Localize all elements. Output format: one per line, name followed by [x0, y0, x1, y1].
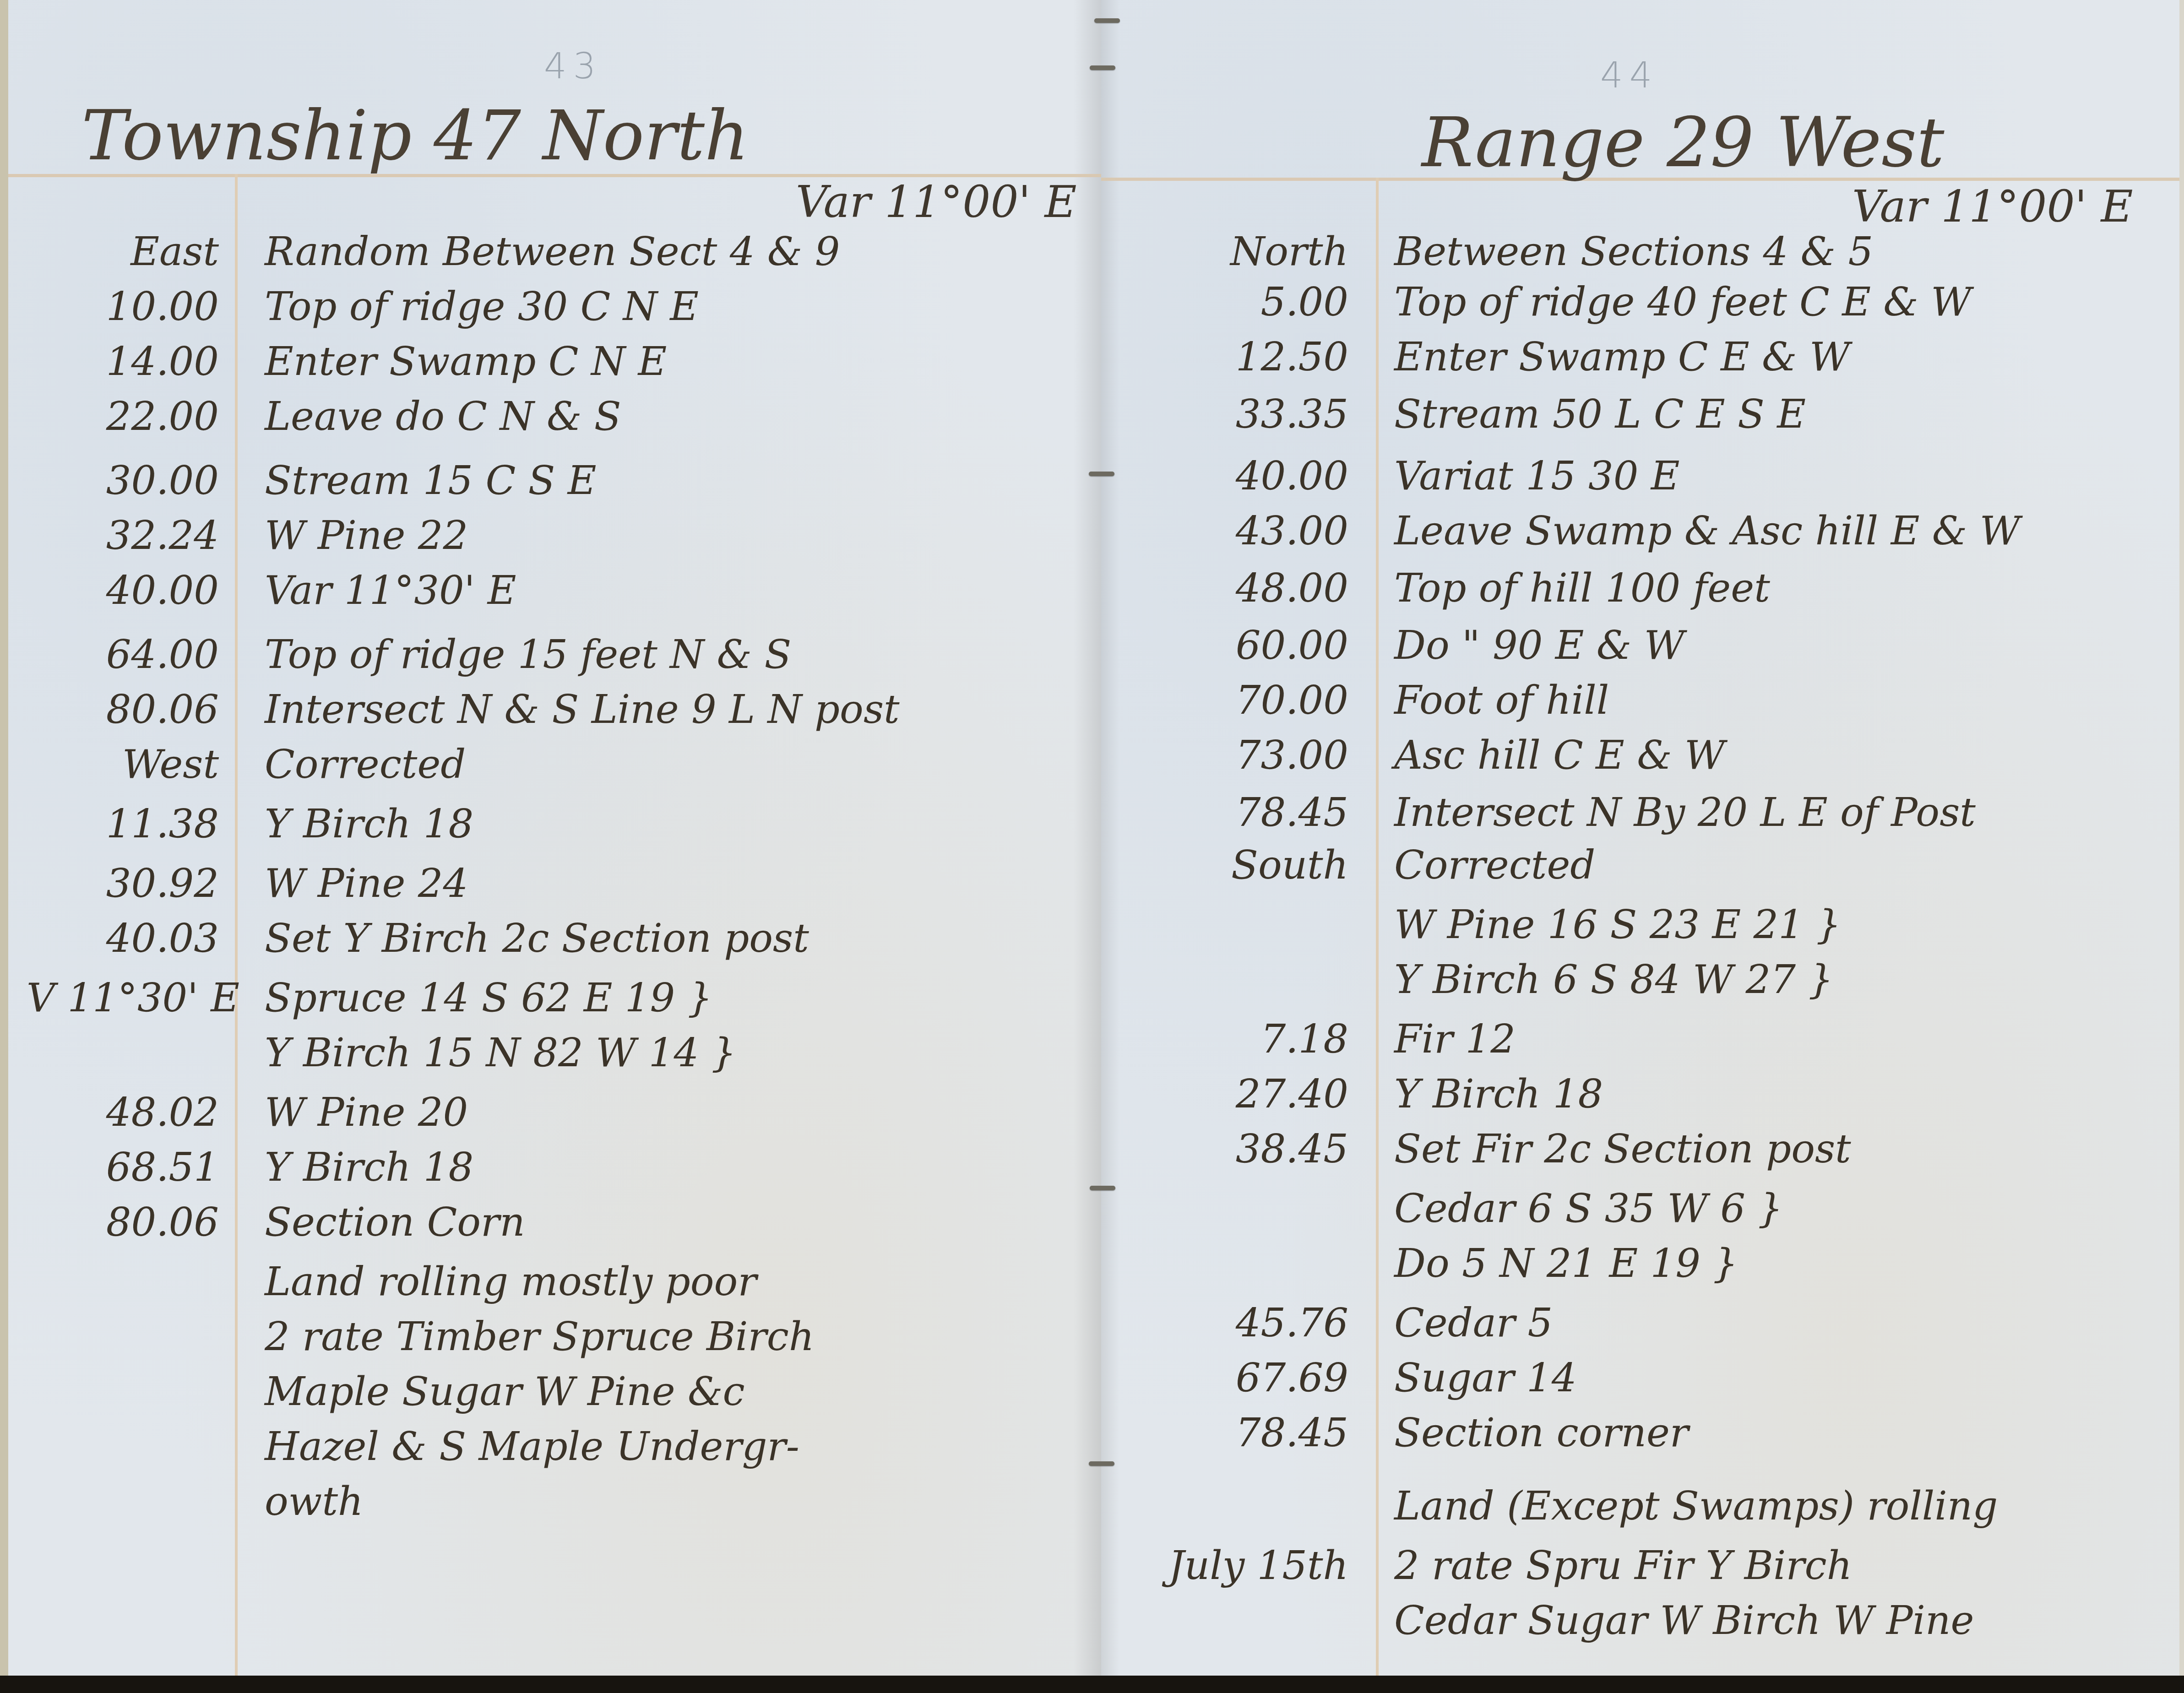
entry-distance: 14.00 — [27, 339, 219, 385]
entry-row: Do 5 N 21 E 19 } — [1101, 1241, 2179, 1296]
entry-row: Land (Except Swamps) rolling — [1101, 1483, 2179, 1538]
entry-distance: 5.00 — [1119, 279, 1348, 325]
entry-distance: 78.45 — [1119, 790, 1348, 836]
entry-note: Do " 90 E & W — [1394, 623, 1684, 668]
entry-note: Y Birch 6 S 84 W 27 } — [1394, 957, 1833, 1003]
entry-note: Enter Swamp C N E — [265, 339, 667, 385]
entry-note: Hazel & S Maple Undergr- — [265, 1424, 799, 1470]
entry-distance: V 11°30' E — [27, 975, 219, 1021]
entry-row: owth — [8, 1479, 1101, 1534]
entry-note: Fir 12 — [1394, 1016, 1516, 1062]
entry-note: Section Corn — [265, 1199, 525, 1245]
entry-row: 40.03Set Y Birch 2c Section post — [8, 916, 1101, 971]
entry-note: Cedar 6 S 35 W 6 } — [1394, 1186, 1783, 1232]
entry-note: Corrected — [1394, 842, 1595, 888]
entry-distance: 40.00 — [27, 568, 219, 613]
entry-distance: 60.00 — [1119, 623, 1348, 668]
entry-distance: July 15th — [1119, 1543, 1348, 1589]
entry-note: Sugar 14 — [1394, 1355, 1577, 1401]
entry-row: NorthBetween Sections 4 & 5 — [1101, 229, 2179, 284]
binding-stitch — [1094, 18, 1120, 23]
entry-note: Land (Except Swamps) rolling — [1394, 1483, 1998, 1529]
binding-stitch — [1089, 1461, 1114, 1466]
entry-row: 14.00Enter Swamp C N E — [8, 339, 1101, 394]
entry-note: Land rolling mostly poor — [265, 1259, 757, 1305]
binding-stitch — [1090, 65, 1115, 70]
binding-stitch — [1090, 1186, 1115, 1190]
entry-note: Foot of hill — [1394, 678, 1609, 723]
entry-distance: East — [27, 229, 219, 275]
entry-distance: 30.92 — [27, 861, 219, 906]
entry-note: Spruce 14 S 62 E 19 } — [265, 975, 712, 1021]
entry-distance: 30.00 — [27, 458, 219, 504]
entry-distance: 45.76 — [1119, 1300, 1348, 1346]
entry-distance: 22.00 — [27, 394, 219, 440]
page-number: 44 — [1600, 55, 1658, 96]
entry-distance: 48.02 — [27, 1090, 219, 1135]
entry-note: W Pine 16 S 23 E 21 } — [1394, 902, 1841, 948]
page-44: 44 Range 29 West Var 11°00' E NorthBetwe… — [1101, 0, 2184, 1676]
entry-row: SouthCorrected — [1101, 842, 2179, 897]
entry-row: 32.24W Pine 22 — [8, 513, 1101, 568]
entry-distance: 78.45 — [1119, 1410, 1348, 1456]
entry-note: Var 11°30' E — [265, 568, 516, 613]
entry-row: Y Birch 6 S 84 W 27 } — [1101, 957, 2179, 1012]
entry-row: 30.92W Pine 24 — [8, 861, 1101, 916]
entry-note: Stream 50 L C E S E — [1394, 391, 1806, 437]
entry-row: 40.00Variat 15 30 E — [1101, 453, 2179, 508]
entry-note: Stream 15 C S E — [265, 458, 597, 504]
entry-row: 27.40Y Birch 18 — [1101, 1071, 2179, 1126]
entry-note: Top of ridge 40 feet C E & W — [1394, 279, 1972, 325]
entry-note: Y Birch 18 — [1394, 1071, 1603, 1117]
entry-row: 22.00Leave do C N & S — [8, 394, 1101, 449]
entry-row: 68.51Y Birch 18 — [8, 1145, 1101, 1199]
entry-row: WestCorrected — [8, 742, 1101, 797]
entry-distance: 40.03 — [27, 916, 219, 961]
entry-row: Land rolling mostly poor — [8, 1259, 1101, 1314]
entry-row: EastRandom Between Sect 4 & 9 — [8, 229, 1101, 284]
entry-row: Y Birch 15 N 82 W 14 } — [8, 1030, 1101, 1085]
entry-row: 30.00Stream 15 C S E — [8, 458, 1101, 513]
entry-distance: West — [27, 742, 219, 787]
entry-note: Intersect N & S Line 9 L N post — [265, 687, 900, 733]
entry-note: Top of ridge 15 feet N & S — [265, 632, 791, 678]
entry-note: Variat 15 30 E — [1394, 453, 1680, 499]
page-43: 43 Township 47 North Var 11°00' E EastRa… — [0, 0, 1101, 1676]
entry-note: Corrected — [265, 742, 466, 787]
entry-row: 45.76Cedar 5 — [1101, 1300, 2179, 1355]
entry-distance: 33.35 — [1119, 391, 1348, 437]
entry-row: V 11°30' ESpruce 14 S 62 E 19 } — [8, 975, 1101, 1030]
entry-distance: 73.00 — [1119, 733, 1348, 778]
entry-note: Do 5 N 21 E 19 } — [1394, 1241, 1738, 1286]
entry-note: Leave Swamp & Asc hill E & W — [1394, 508, 2020, 554]
entry-distance: 32.24 — [27, 513, 219, 559]
entry-note: Top of ridge 30 C N E — [265, 284, 699, 330]
entry-row: Cedar Sugar W Birch W Pine — [1101, 1598, 2179, 1653]
entry-row: 40.00Var 11°30' E — [8, 568, 1101, 623]
entry-row: 38.45Set Fir 2c Section post — [1101, 1126, 2179, 1181]
entry-distance: 40.00 — [1119, 453, 1348, 499]
entry-distance: 80.06 — [27, 687, 219, 733]
entry-note: Section corner — [1394, 1410, 1689, 1456]
entry-row: 78.45Section corner — [1101, 1410, 2179, 1465]
entry-row: 70.00Foot of hill — [1101, 678, 2179, 733]
entry-note: W Pine 20 — [265, 1090, 468, 1135]
entry-row: Hazel & S Maple Undergr- — [8, 1424, 1101, 1479]
entry-distance: 7.18 — [1119, 1016, 1348, 1062]
entry-note: Enter Swamp C E & W — [1394, 334, 1850, 380]
entry-row: 11.38Y Birch 18 — [8, 801, 1101, 856]
entry-note: Y Birch 18 — [265, 801, 473, 847]
entry-distance: North — [1119, 229, 1348, 275]
entry-row: 2 rate Timber Spruce Birch — [8, 1314, 1101, 1369]
entry-distance: 38.45 — [1119, 1126, 1348, 1172]
entry-row: 64.00Top of ridge 15 feet N & S — [8, 632, 1101, 687]
entry-note: Y Birch 15 N 82 W 14 } — [265, 1030, 736, 1076]
entry-row: 5.00Top of ridge 40 feet C E & W — [1101, 279, 2179, 334]
entry-distance: 64.00 — [27, 632, 219, 678]
entry-distance: South — [1119, 842, 1348, 888]
entry-row: 48.00Top of hill 100 feet — [1101, 565, 2179, 620]
entry-row: 80.06Intersect N & S Line 9 L N post — [8, 687, 1101, 742]
entry-row: 78.45Intersect N By 20 L E of Post — [1101, 790, 2179, 845]
page-bottom-edge — [0, 1676, 2184, 1693]
entry-distance: 68.51 — [27, 1145, 219, 1190]
entry-note: 2 rate Spru Fir Y Birch — [1394, 1543, 1852, 1589]
binding-stitch — [1089, 472, 1114, 476]
entry-note: 2 rate Timber Spruce Birch — [265, 1314, 814, 1360]
entry-distance: 48.00 — [1119, 565, 1348, 611]
entry-distance: 12.50 — [1119, 334, 1348, 380]
variation-note: Var 11°00' E — [796, 176, 1076, 228]
entry-distance: 70.00 — [1119, 678, 1348, 723]
entry-row: 67.69Sugar 14 — [1101, 1355, 2179, 1410]
entry-row: 73.00Asc hill C E & W — [1101, 733, 2179, 787]
entry-note: Leave do C N & S — [265, 394, 621, 440]
page-heading: Township 47 North — [81, 96, 749, 176]
entry-row: 60.00Do " 90 E & W — [1101, 623, 2179, 678]
entry-row: 48.02W Pine 20 — [8, 1090, 1101, 1145]
entry-row: 80.06Section Corn — [8, 1199, 1101, 1254]
entry-note: Maple Sugar W Pine &c — [265, 1369, 745, 1415]
entry-note: Random Between Sect 4 & 9 — [265, 229, 840, 275]
entry-row: 10.00Top of ridge 30 C N E — [8, 284, 1101, 339]
entry-note: Set Y Birch 2c Section post — [265, 916, 809, 961]
entry-note: Intersect N By 20 L E of Post — [1394, 790, 1976, 836]
entry-distance: 43.00 — [1119, 508, 1348, 554]
entry-distance: 80.06 — [27, 1199, 219, 1245]
notebook-spread: 43 Township 47 North Var 11°00' E EastRa… — [0, 0, 2184, 1676]
entry-note: Between Sections 4 & 5 — [1394, 229, 1873, 275]
entry-row: W Pine 16 S 23 E 21 } — [1101, 902, 2179, 957]
page-number: 43 — [544, 46, 602, 87]
entry-distance: 10.00 — [27, 284, 219, 330]
entry-distance: 27.40 — [1119, 1071, 1348, 1117]
entry-row: Cedar 6 S 35 W 6 } — [1101, 1186, 2179, 1241]
entry-note: Asc hill C E & W — [1394, 733, 1725, 778]
entry-distance: 11.38 — [27, 801, 219, 847]
page-heading: Range 29 West — [1422, 103, 1944, 183]
entry-note: owth — [265, 1479, 363, 1525]
entry-note: Y Birch 18 — [265, 1145, 473, 1190]
entry-distance: 67.69 — [1119, 1355, 1348, 1401]
entry-row: 33.35Stream 50 L C E S E — [1101, 391, 2179, 446]
entry-row: 12.50Enter Swamp C E & W — [1101, 334, 2179, 389]
entry-row: July 15th2 rate Spru Fir Y Birch — [1101, 1543, 2179, 1598]
entry-note: Top of hill 100 feet — [1394, 565, 1770, 611]
entry-note: Cedar Sugar W Birch W Pine — [1394, 1598, 1974, 1644]
entry-note: Cedar 5 — [1394, 1300, 1553, 1346]
entry-row: 7.18Fir 12 — [1101, 1016, 2179, 1071]
entry-row: 43.00Leave Swamp & Asc hill E & W — [1101, 508, 2179, 563]
entry-note: Set Fir 2c Section post — [1394, 1126, 1851, 1172]
entry-note: W Pine 22 — [265, 513, 468, 559]
variation-note: Var 11°00' E — [1852, 181, 2133, 232]
entry-row: Maple Sugar W Pine &c — [8, 1369, 1101, 1424]
entry-note: W Pine 24 — [265, 861, 468, 906]
